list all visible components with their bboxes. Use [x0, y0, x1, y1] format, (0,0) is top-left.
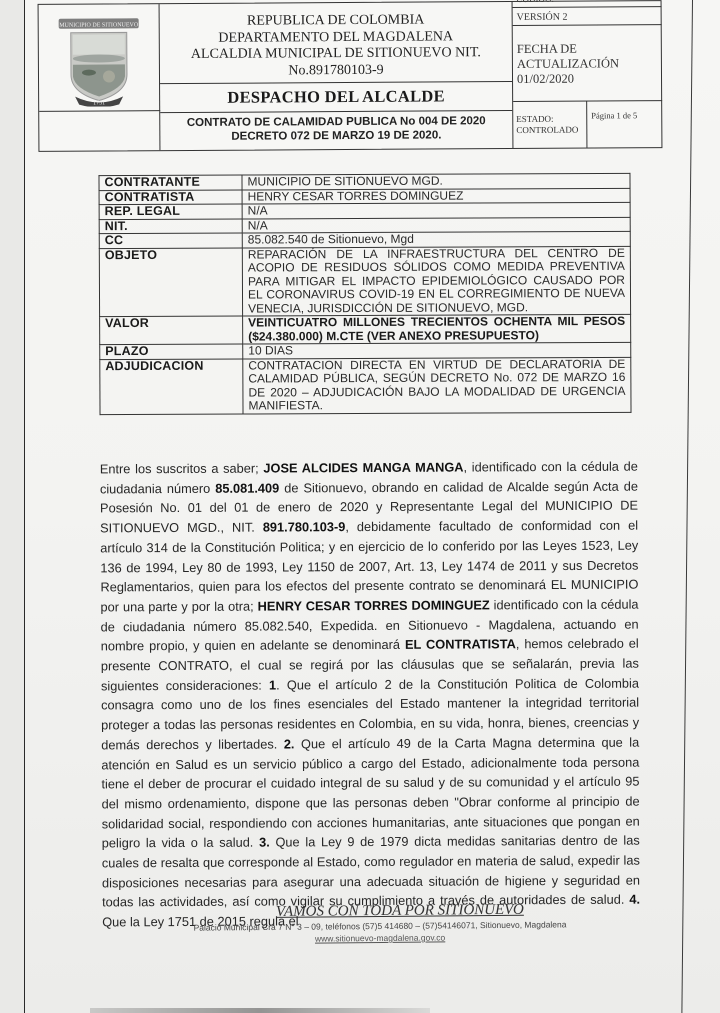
row-label: PLAZO [100, 344, 243, 359]
contract-title-line-1: CONTRATO DE CALAMIDAD PUBLICA No 004 DE … [160, 114, 512, 130]
clause-number: 4. [629, 892, 640, 907]
row-label: OBJETO [99, 248, 242, 317]
nit-line: No.891780103-9 [160, 62, 512, 81]
status-value: CONTROLADO [516, 125, 583, 136]
text-run: Entre los suscritos a saber; [100, 461, 264, 477]
update-date-value: 01/02/2020 [517, 71, 658, 87]
row-label: REP. LEGAL [99, 204, 242, 219]
scan-shadow [90, 1008, 430, 1013]
clause-number: 3. [259, 835, 270, 850]
row-label: CONTRATISTA [99, 190, 242, 205]
row-label: ADJUDICACION [100, 359, 243, 415]
document-footer: VAMOS CON TODA POR SITIONUEVO Palacio Mu… [170, 901, 590, 946]
mayor-id: 85.081.409 [215, 480, 279, 495]
mayor-name: JOSE ALCIDES MANGA MANGA [263, 460, 463, 476]
logo-year: 1751 [93, 100, 105, 106]
contract-title-line-2: DECRETO 072 DE MARZO 19 DE 2020. [160, 128, 512, 144]
row-value: VEINTICUATRO MILLONES TRECIENTOS OCHENTA… [243, 314, 631, 344]
contract-title: CONTRATO DE CALAMIDAD PUBLICA No 004 DE … [160, 114, 512, 144]
contract-summary-table: CONTRATANTEMUNICIPIO DE SITIONUEVO MGD. … [98, 173, 631, 415]
status-label: ESTADO: [516, 114, 583, 125]
office-title: DESPACHO DEL ALCALDE [160, 81, 512, 113]
contractor-label: EL CONTRATISTA [405, 637, 516, 653]
table-row: ADJUDICACIONCONTRATACION DIRECTA EN VIRT… [100, 357, 631, 414]
row-value: REPARACIÓN DE LA INFRAESTRUCTURA DEL CEN… [242, 246, 630, 316]
version-field: VERSIÓN 2 [513, 7, 662, 26]
row-label: VALOR [100, 316, 243, 345]
contract-body-paragraph: Entre los suscritos a saber; JOSE ALCIDE… [100, 457, 640, 933]
status-field: ESTADO: CONTROLADO [513, 102, 587, 148]
table-row: OBJETOREPARACIÓN DE LA INFRAESTRUCTURA D… [99, 246, 630, 317]
page-number: Página 1 de 5 [588, 101, 662, 147]
municipal-shield-icon: MUNICIPIO DE SITIONUEVO 1751 [57, 16, 142, 107]
contractor-name: HENRY CESAR TORRES DOMINGUEZ [258, 597, 490, 613]
row-label: NIT. [99, 219, 242, 234]
municipality-nit: 891.780.103-9 [263, 519, 346, 534]
entity-lines: REPUBLICA DE COLOMBIA DEPARTAMENTO DEL M… [160, 12, 512, 80]
update-date-label-1: FECHA DE [517, 41, 658, 57]
update-date-field: FECHA DE ACTUALIZACIÓN 01/02/2020 [513, 25, 662, 102]
logo-text: MUNICIPIO DE SITIONUEVO [59, 22, 139, 28]
row-label: CONTRATANTE [99, 175, 242, 190]
clause-number: 2. [284, 736, 295, 751]
update-date-label-2: ACTUALIZACIÓN [517, 56, 658, 72]
row-value: CONTRATACION DIRECTA EN VIRTUD DE DECLAR… [243, 357, 631, 414]
municipality-line: ALCALDIA MUNICIPAL DE SITIONUEVO NIT. [160, 45, 512, 64]
document-control-box: CÓDIGO: VERSIÓN 2 FECHA DE ACTUALIZACIÓN… [512, 1, 663, 148]
header-center: REPUBLICA DE COLOMBIA DEPARTAMENTO DEL M… [160, 2, 513, 150]
row-label: CC [99, 233, 242, 248]
table-row: VALORVEINTICUATRO MILLONES TRECIENTOS OC… [100, 314, 631, 344]
logo-cell: MUNICIPIO DE SITIONUEVO 1751 [39, 4, 161, 112]
blank-cell [39, 111, 160, 151]
document-header: MUNICIPIO DE SITIONUEVO 1751 REPUBLICA D… [38, 0, 663, 152]
